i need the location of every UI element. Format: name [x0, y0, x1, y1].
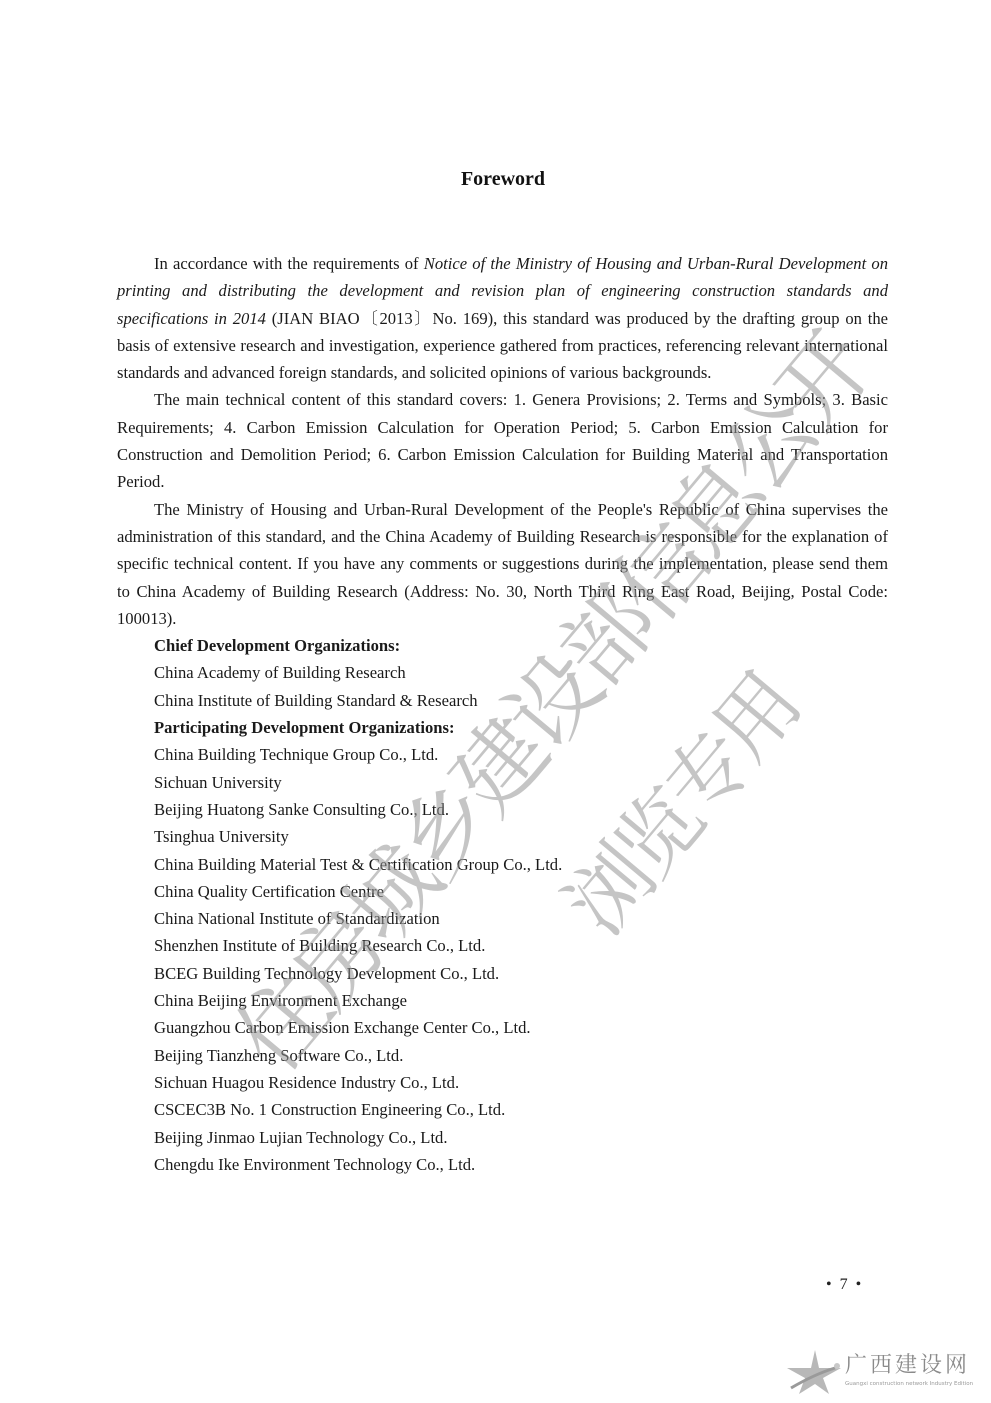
- participating-organization-item: Sichuan Huagou Residence Industry Co., L…: [154, 1069, 888, 1096]
- participating-organization-item: China National Institute of Standardizat…: [154, 905, 888, 932]
- organizations-list: Chief Development Organizations: China A…: [117, 632, 888, 1178]
- paragraph-1: In accordance with the requirements of N…: [117, 250, 888, 386]
- participating-organization-item: Tsinghua University: [154, 823, 888, 850]
- page-title: Foreword: [0, 168, 991, 191]
- participating-organizations-heading: Participating Development Organizations:: [154, 714, 888, 741]
- participating-organization-item: Beijing Huatong Sanke Consulting Co., Lt…: [154, 796, 888, 823]
- participating-organization-item: China Building Material Test & Certifica…: [154, 851, 888, 878]
- star-logo-icon: [785, 1348, 843, 1396]
- paragraph-2: The main technical content of this stand…: [117, 386, 888, 495]
- page-number: • 7 •: [826, 1276, 863, 1294]
- participating-organizations: China Building Technique Group Co., Ltd.…: [154, 741, 888, 1178]
- document-page: Foreword In accordance with the requirem…: [0, 0, 991, 1403]
- participating-organization-item: CSCEC3B No. 1 Construction Engineering C…: [154, 1096, 888, 1123]
- logo-english-text: Guangxi construction network Industry Ed…: [845, 1381, 973, 1387]
- paragraph-3: The Ministry of Housing and Urban-Rural …: [117, 496, 888, 632]
- participating-organization-item: China Building Technique Group Co., Ltd.: [154, 741, 888, 768]
- participating-organization-item: Guangzhou Carbon Emission Exchange Cente…: [154, 1014, 888, 1041]
- chief-organizations-heading: Chief Development Organizations:: [154, 632, 888, 659]
- participating-organization-item: China Quality Certification Centre: [154, 878, 888, 905]
- participating-organization-item: Shenzhen Institute of Building Research …: [154, 932, 888, 959]
- participating-organization-item: Sichuan University: [154, 769, 888, 796]
- logo-chinese-text: 广西建设网: [845, 1348, 970, 1379]
- participating-organization-item: Chengdu Ike Environment Technology Co., …: [154, 1151, 888, 1178]
- paragraph-1-intro: In accordance with the requirements of: [154, 254, 424, 273]
- chief-organization-item: China Academy of Building Research: [154, 659, 888, 686]
- participating-organization-item: BCEG Building Technology Development Co.…: [154, 960, 888, 987]
- participating-organization-item: Beijing Jinmao Lujian Technology Co., Lt…: [154, 1124, 888, 1151]
- site-logo: 广西建设网 Guangxi construction network Indus…: [785, 1348, 985, 1398]
- document-body: In accordance with the requirements of N…: [117, 250, 888, 1178]
- participating-organization-item: Beijing Tianzheng Software Co., Ltd.: [154, 1042, 888, 1069]
- chief-organizations: China Academy of Building ResearchChina …: [154, 659, 888, 714]
- participating-organization-item: China Beijing Environment Exchange: [154, 987, 888, 1014]
- chief-organization-item: China Institute of Building Standard & R…: [154, 687, 888, 714]
